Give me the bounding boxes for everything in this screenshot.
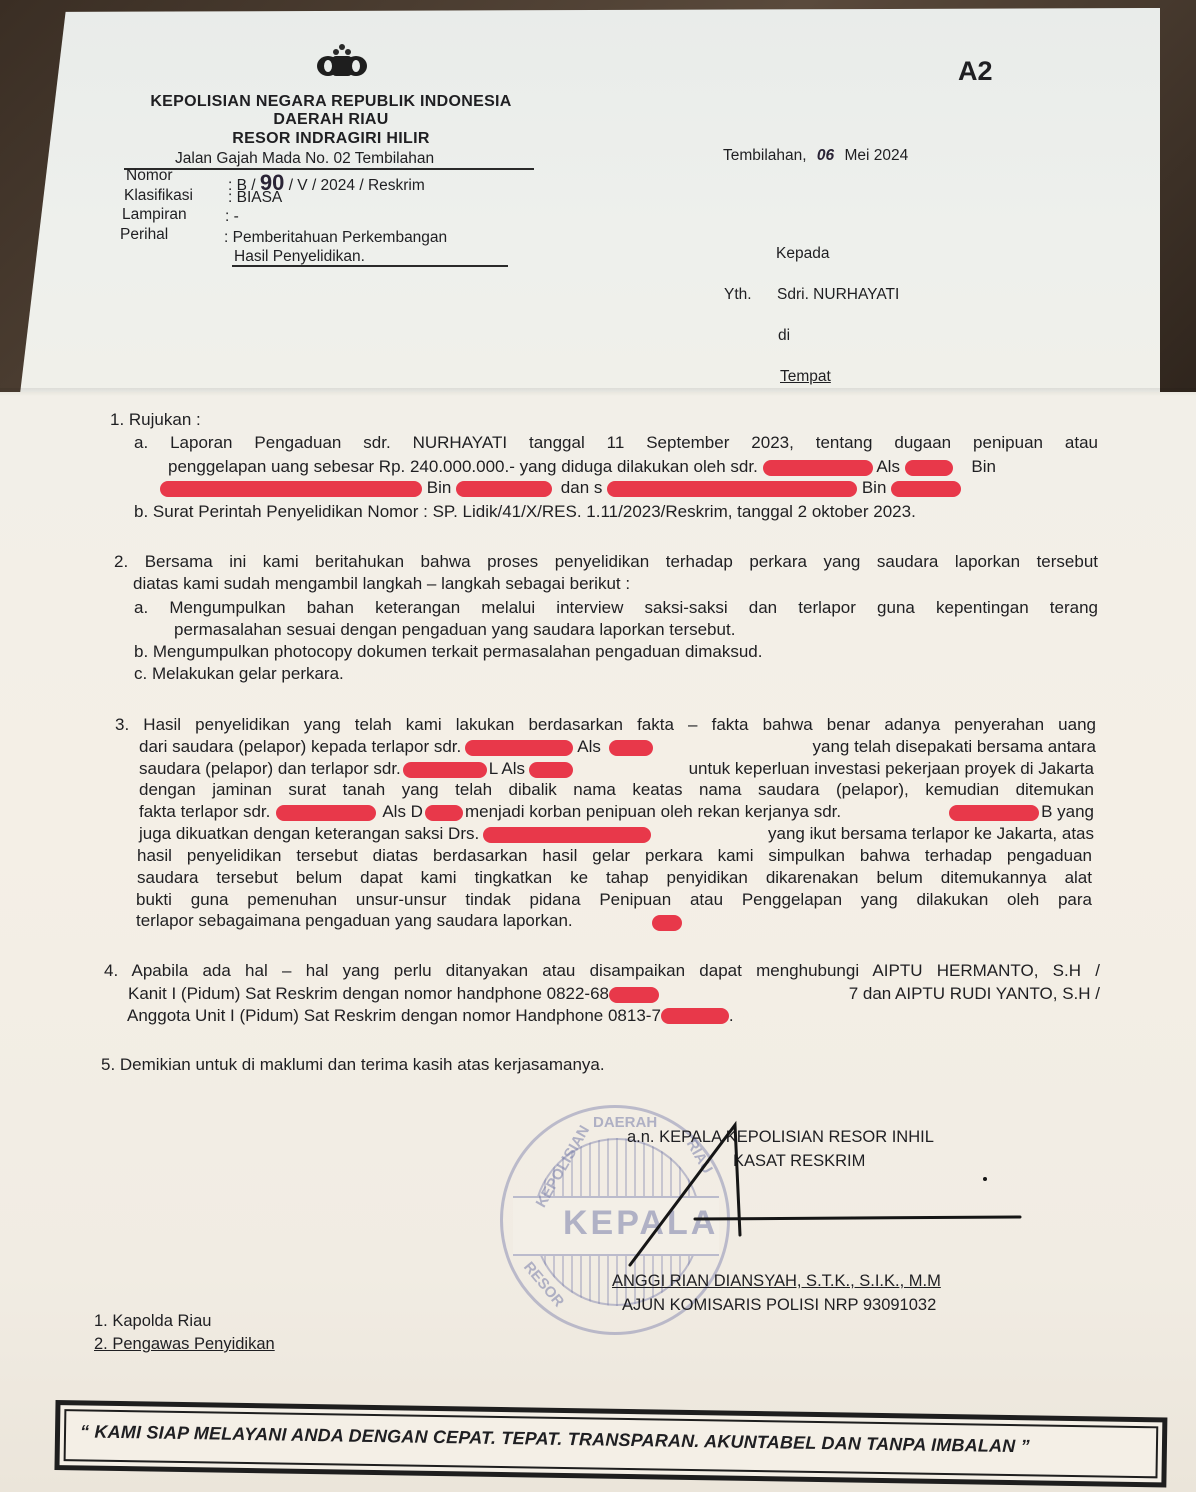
p4-line2-text: Kanit I (Pidum) Sat Reskrim dengan nomor… [128,984,609,1003]
p3-line8: saudara tersebut belum dapat kami tingka… [137,868,1092,888]
p4-line2: Kanit I (Pidum) Sat Reskrim dengan nomor… [128,984,1100,1004]
p1-heading: 1. Rujukan : [110,410,201,430]
paper-fold [0,388,1196,396]
recipient-di: di [778,327,790,345]
p1-a-line3: Bin dan s Bin [160,478,960,498]
redaction-mark [276,805,376,821]
p3-line4: dengan jaminan surat tanah yang telah di… [139,780,1094,800]
p3-line7: hasil penyelidikan tersebut diatas berda… [137,846,1092,866]
redaction-mark [609,740,653,756]
p3-line6: juga dikuatkan dengan keterangan saksi D… [139,824,1094,844]
p1-dan: dan s [561,478,603,497]
p4-line3-post: . [729,1006,734,1026]
p2-line1: 2. Bersama ini kami beritahukan bahwa pr… [114,552,1098,572]
p1-a-line2-text: penggelapan uang sebesar Rp. 240.000.000… [168,457,758,476]
date-month-year: Mei 2024 [844,147,908,164]
p3-line3-text: saudara (pelapor) dan terlapor sdr. [139,759,401,778]
p2-b-line: b. Mengumpulkan photocopy dokumen terkai… [134,642,762,662]
police-emblem-icon [314,42,370,78]
letterhead-line3: RESOR INDRAGIRI HILIR [126,130,536,148]
p3-line3: saudara (pelapor) dan terlapor sdr.L Als… [139,759,1094,779]
letter-date: Tembilahan, 06 Mei 2024 [723,147,908,165]
p3-line5-text: fakta terlapor sdr. [139,802,270,821]
redaction-mark [456,481,552,497]
redaction-mark [609,987,659,1003]
redaction-mark [465,740,573,756]
p3-line1: 3. Hasil penyelidikan yang telah kami la… [115,715,1096,735]
p3-line9: bukti guna pemenuhan unsur-unsur tindak … [136,890,1092,910]
perihal-underline [232,265,508,267]
redaction-mark [652,915,682,931]
p1-a-line2: penggelapan uang sebesar Rp. 240.000.000… [168,457,1098,477]
redaction-mark [949,805,1039,821]
p3-line6-text: juga dikuatkan dengan keterangan saksi D… [139,824,479,843]
letterhead-address: Jalan Gajah Mada No. 02 Tembilahan [175,150,434,168]
redaction-mark [483,827,651,843]
p3-als-2: L Als [489,759,525,778]
redaction-mark [905,460,953,476]
p3-line5: fakta terlapor sdr.Als Dmenjadi korban p… [139,802,1094,822]
tembusan-item-1: 1. Kapolda Riau [94,1312,211,1331]
letterhead-line1: KEPOLISIAN NEGARA REPUBLIK INDONESIA [126,93,536,111]
p2-a-line1: a. Mengumpulkan bahan keterangan melalui… [134,598,1098,618]
p3-line10: terlapor sebagaimana pengaduan yang saud… [136,911,573,931]
letterhead-line2: DAERAH RIAU [126,111,536,129]
perihal-line2: Hasil Penyelidikan. [234,248,365,266]
p3-line2: dari saudara (pelapor) kepada terlapor s… [139,737,1096,757]
perihal-label: Perihal [120,226,168,244]
p2-line2: diatas kami sudah mengambil langkah – la… [133,574,630,594]
redaction-mark [160,481,422,497]
p1-bin-2: Bin [427,478,452,497]
p1-als: Als [876,457,900,476]
handwritten-signature [610,1115,1030,1275]
redaction-mark [529,762,573,778]
p1-bin: Bin [971,457,996,476]
p4-line1: 4. Apabila ada hal – hal yang perlu dita… [104,961,1100,981]
tembusan-item-2: 2. Pengawas Penyidikan [94,1335,275,1354]
date-place: Tembilahan, [723,147,807,164]
nomor-label: Nomor [126,167,173,185]
redaction-mark [891,481,961,497]
signatory-name: ANGGI RIAN DIANSYAH, S.T.K., S.I.K., M.M [612,1272,941,1291]
p2-c-line: c. Melakukan gelar perkara. [134,664,344,684]
lampiran-value: : - [225,208,239,226]
p3-line3-post: untuk keperluan investasi pekerjaan proy… [689,759,1094,779]
p3-als: Als [577,737,601,756]
p1-bin-3: Bin [862,478,887,497]
perihal-line1: : Pemberitahuan Perkembangan [224,229,447,247]
p4-line3-text: Anggota Unit I (Pidum) Sat Reskrim denga… [127,1006,661,1026]
klasifikasi-value: : BIASA [228,189,282,207]
p1-a-line1: a. Laporan Pengaduan sdr. NURHAYATI tang… [134,433,1098,453]
page-tag: A2 [958,56,993,87]
p3-line5-mid: menjadi korban penipuan oleh rekan kerja… [465,802,841,821]
recipient-tempat: Tempat [780,368,831,386]
p3-line5-post: B yang [1041,802,1094,821]
p3-line6-post: yang ikut bersama terlapor ke Jakarta, a… [768,824,1094,844]
lampiran-label: Lampiran [122,206,187,224]
p1-b-line: b. Surat Perintah Penyelidikan Nomor : S… [134,502,916,522]
nomor-suffix: / V / 2024 / Reskrim [289,177,425,194]
p5-line: 5. Demikian untuk di maklumi dan terima … [101,1055,605,1075]
redaction-mark [661,1008,729,1024]
recipient-kepada: Kepada [776,245,829,263]
p4-line3: Anggota Unit I (Pidum) Sat Reskrim denga… [127,1006,734,1026]
recipient-yth: Yth. [724,286,752,304]
p3-als-3: Als D [382,802,423,821]
redaction-mark [403,762,487,778]
p2-a-line2: permasalahan sesuai dengan pengaduan yan… [174,620,735,640]
p3-line2-post: yang telah disepakati bersama antara [812,737,1096,757]
p4-line2-post: 7 dan AIPTU RUDI YANTO, S.H / [849,984,1100,1004]
recipient-name: Sdri. NURHAYATI [777,286,899,304]
p3-line2-text: dari saudara (pelapor) kepada terlapor s… [139,737,461,756]
redaction-mark [607,481,857,497]
redaction-mark [763,460,873,476]
klasifikasi-label: Klasifikasi [124,187,193,205]
signatory-rank: AJUN KOMISARIS POLISI NRP 93091032 [622,1296,936,1315]
date-day-handwritten: 06 [817,147,834,164]
redaction-mark [425,805,463,821]
